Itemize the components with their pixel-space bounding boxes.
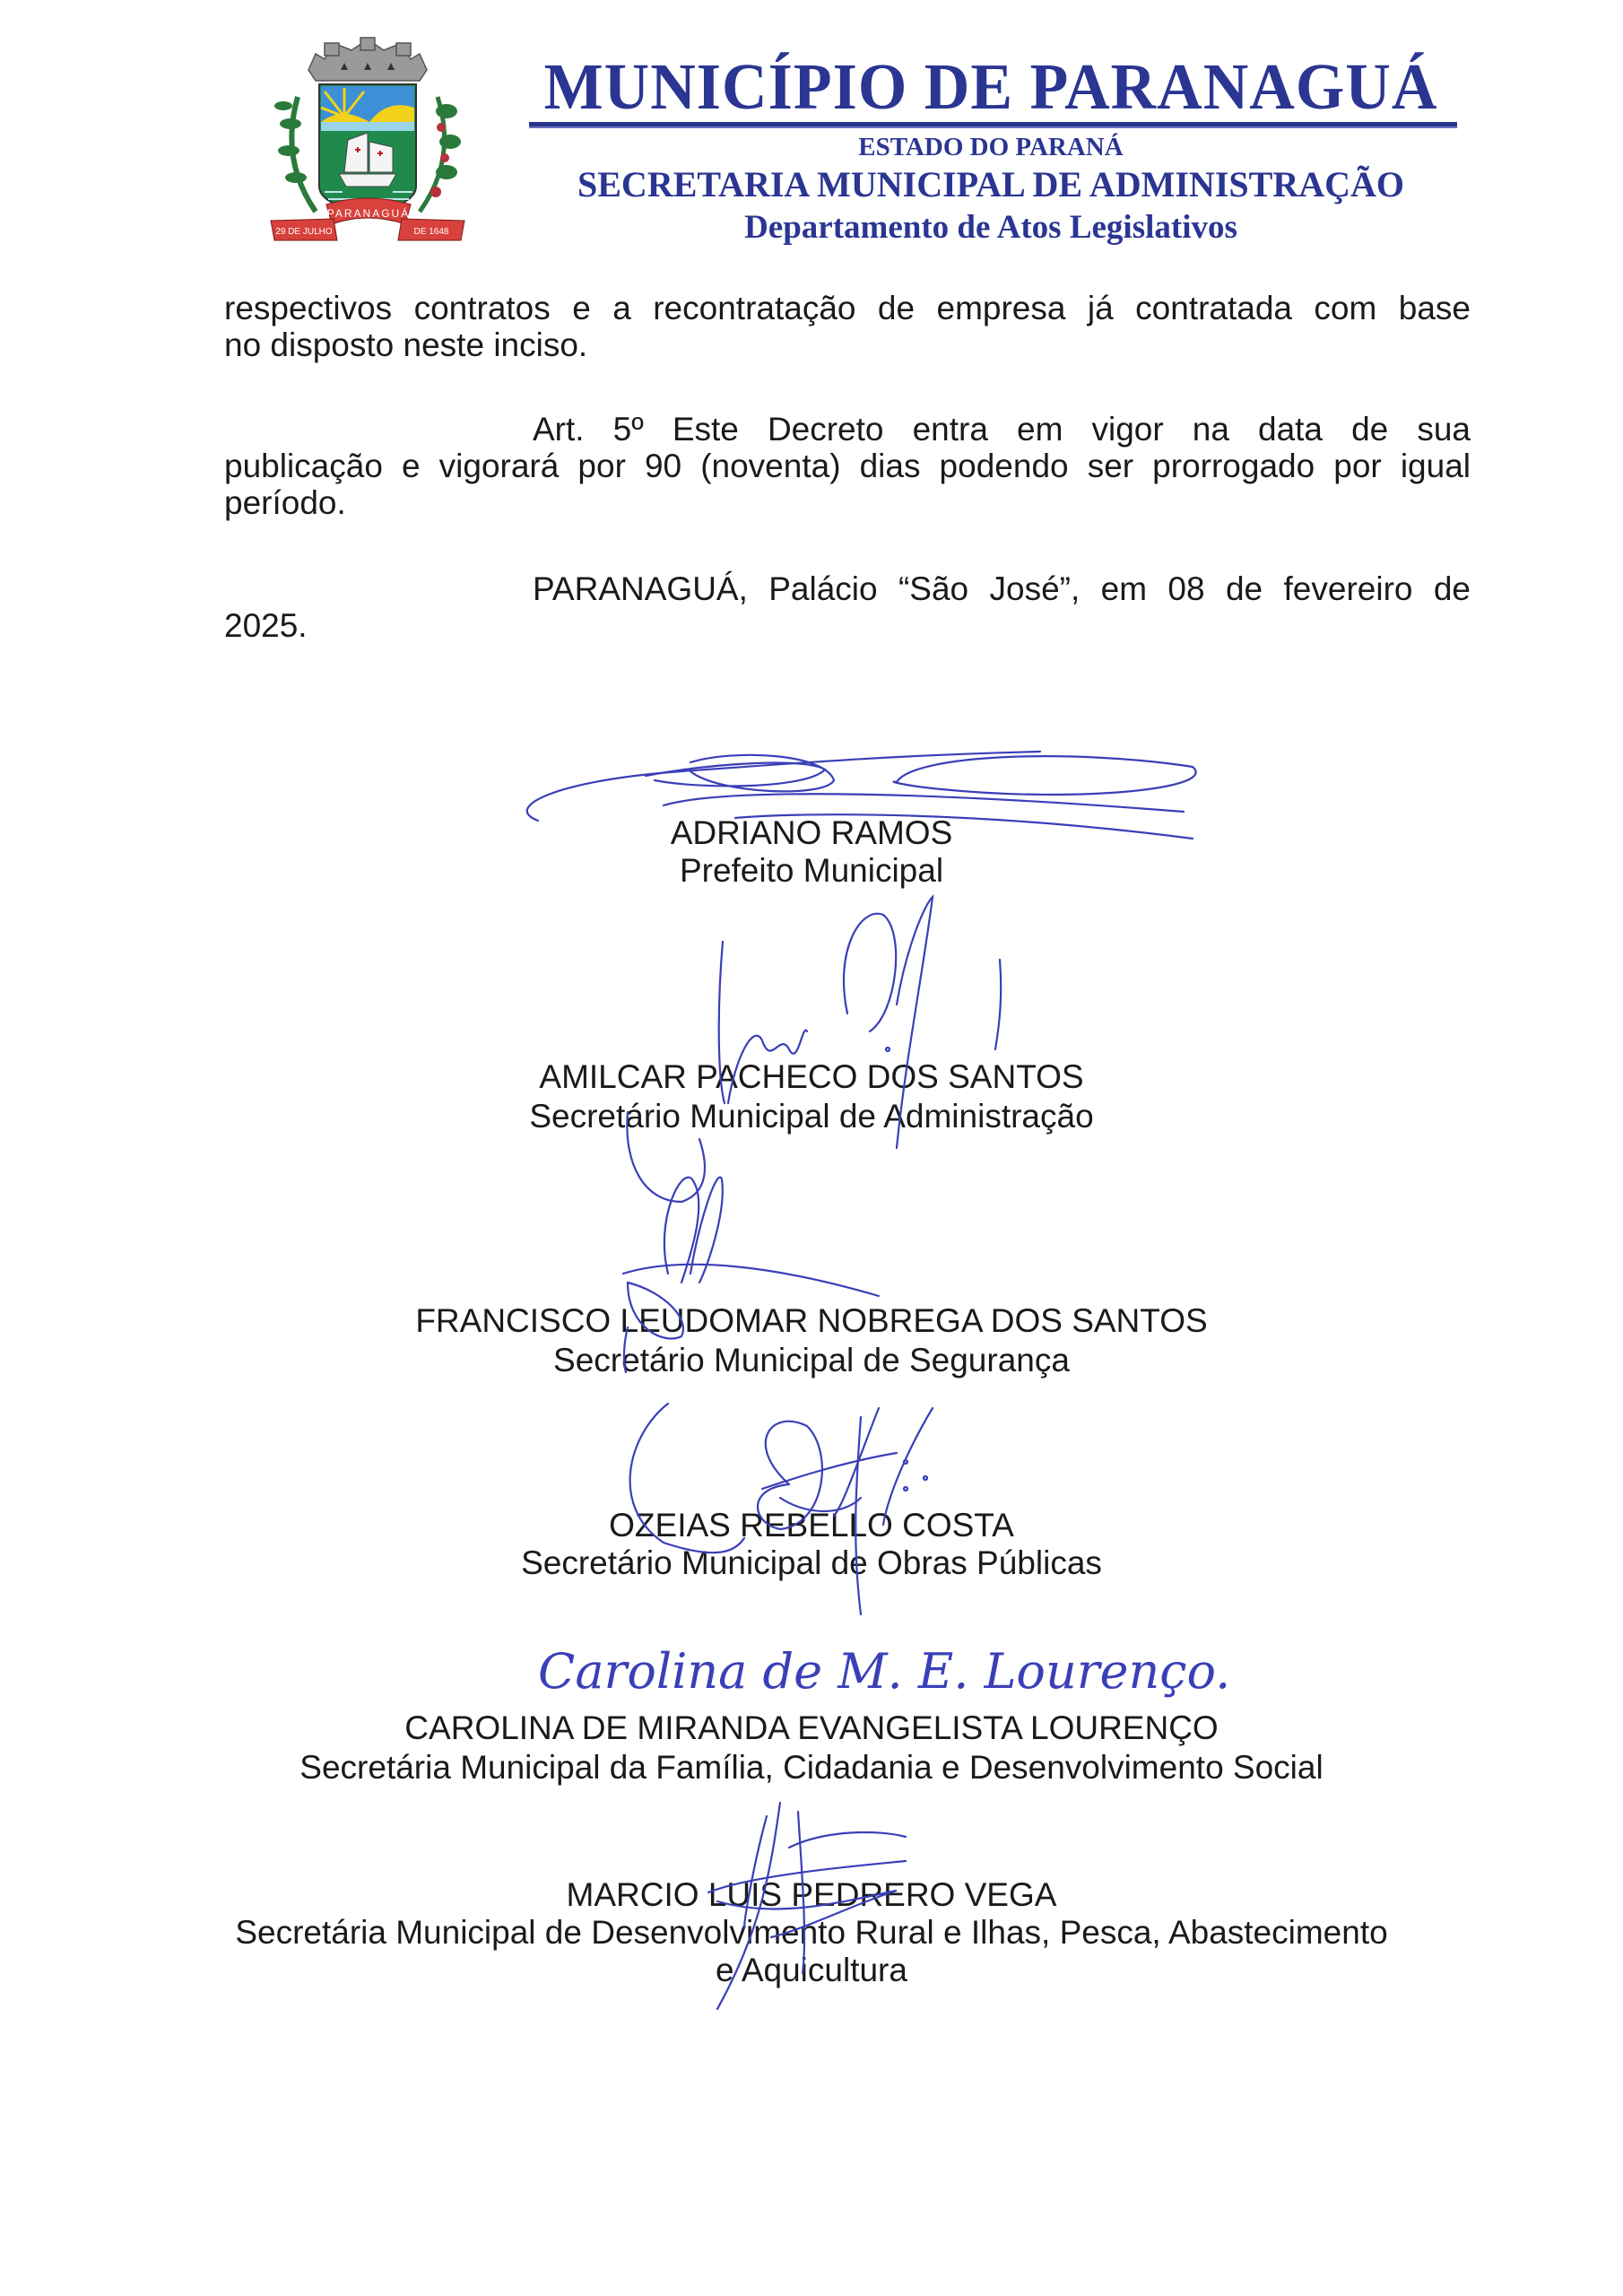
signatory-role: Secretário Municipal de Administração xyxy=(0,1098,1623,1135)
municipality-title: MUNICÍPIO DE PARANAGUÁ xyxy=(502,50,1480,126)
text-line: publicação e vigorará por 90 (noventa) d… xyxy=(224,448,1471,484)
signatory-name: ADRIANO RAMOS xyxy=(0,814,1623,851)
signatory-name: FRANCISCO LEUDOMAR NOBREGA DOS SANTOS xyxy=(0,1302,1623,1339)
signatory-role: Secretária Municipal de Desenvolvimento … xyxy=(0,1914,1623,1951)
paragraph-continuation: respectivos contratos e a recontratação … xyxy=(224,290,1471,363)
department-name: Departamento de Atos Legislativos xyxy=(502,208,1480,247)
signatory-name: MARCIO LUIS PEDRERO VEGA xyxy=(0,1876,1623,1913)
signatory-role: Secretário Municipal de Segurança xyxy=(0,1342,1623,1378)
signatory-name: OZEIAS REBELLO COSTA xyxy=(0,1507,1623,1544)
state-name: ESTADO DO PARANÁ xyxy=(502,133,1480,162)
closing-date: PARANAGUÁ, Palácio “São José”, em 08 de … xyxy=(224,570,1471,644)
signatory-role: Secretário Municipal de Obras Públicas xyxy=(0,1544,1623,1581)
signatory-role-continued: e Aquicultura xyxy=(0,1952,1623,1988)
signature-amilcar-pacheco xyxy=(627,897,1001,1202)
svg-text:29 DE JULHO: 29 DE JULHO xyxy=(275,227,333,237)
signatory-name: CAROLINA DE MIRANDA EVANGELISTA LOURENÇO xyxy=(0,1709,1623,1746)
signatory-role: Secretária Municipal da Família, Cidadan… xyxy=(0,1749,1623,1786)
text-line: período. xyxy=(224,484,346,521)
signature-carolina-lourenco: Carolina de M. E. Lourenço. xyxy=(538,1643,1230,1700)
text-line: respectivos contratos e a recontratação … xyxy=(224,290,1471,326)
coat-of-arms-icon: PARANAGUÁ 29 DE JULHO DE 1648 xyxy=(262,34,473,244)
signatory-name: AMILCAR PACHECO DOS SANTOS xyxy=(0,1058,1623,1095)
text-line: no disposto neste inciso. xyxy=(224,326,587,363)
header-rule xyxy=(529,122,1457,126)
secretariat-name: SECRETARIA MUNICIPAL DE ADMINISTRAÇÃO xyxy=(502,163,1480,205)
svg-text:PARANAGUÁ: PARANAGUÁ xyxy=(327,206,410,220)
article-5: Art. 5º Este Decreto entra em vigor na d… xyxy=(224,411,1471,521)
signatory-role: Prefeito Municipal xyxy=(0,852,1623,889)
text-line: 2025. xyxy=(224,607,308,644)
text-line: PARANAGUÁ, Palácio “São José”, em 08 de … xyxy=(224,570,1471,607)
text-line: Art. 5º Este Decreto entra em vigor na d… xyxy=(224,411,1471,448)
svg-text:DE 1648: DE 1648 xyxy=(414,227,449,237)
